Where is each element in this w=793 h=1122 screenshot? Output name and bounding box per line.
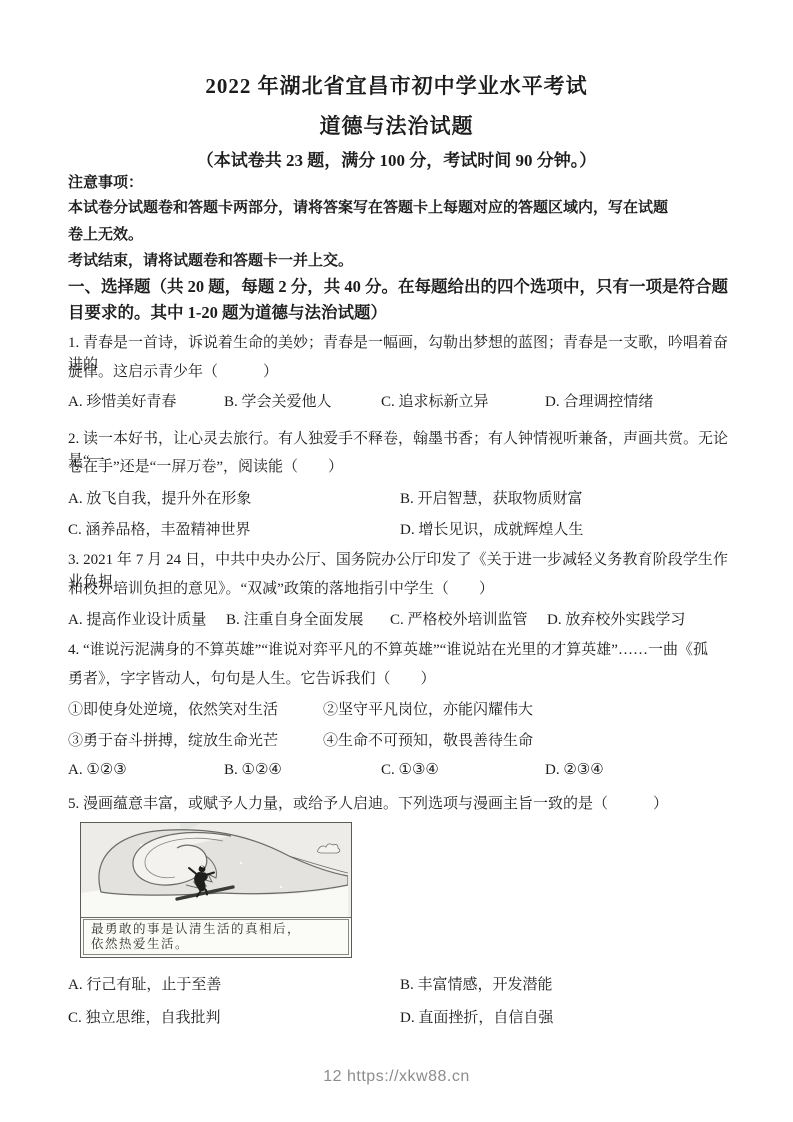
notice-heading: 注意事项： [68,172,728,194]
option-2a: A. 放飞自我，提升外在形象 [68,487,400,508]
question-3-stem-line: 和校外培训负担的意见》。“双减”政策的落地指引中学生（ ） [68,578,728,600]
section-header-line: 目要求的。其中 1-20 题为道德与法治试题） [68,302,728,324]
question-5-stem: 5. 漫画蕴意丰富，或赋予人力量，或给予人启迪。下列选项与漫画主旨一致的是（ ） [68,793,728,815]
page-title: 2022 年湖北省宜昌市初中学业水平考试 [0,70,793,100]
cartoon-caption-line2: 依然热爱生活。 [91,937,341,952]
section-header-line: 一、选择题（共 20 题，每题 2 分，共 40 分。在每题给出的四个选项中，只… [68,276,728,298]
option-2d: D. 增长见识，成就辉煌人生 [400,518,728,539]
question-2-stem-line: 卷在手”还是“一屏万卷”，阅读能（ ） [68,456,728,478]
question-4-options: A. ①②③ B. ①②④ C. ①③④ D. ②③④ [68,760,728,779]
question-3-options: A. 提高作业设计质量 B. 注重自身全面发展 C. 严格校外培训监管 D. 放… [68,608,728,629]
surfer-wave-illustration [81,823,348,917]
option-3d: D. 放弃校外实践学习 [547,608,728,629]
option-2b: B. 开启智慧，获取物质财富 [400,487,728,508]
subitem-4: ④生命不可预知，敬畏善待生命 [323,729,728,750]
option-5a: A. 行己有耻，止于至善 [68,973,400,994]
question-1-options: A. 珍惜美好青春 B. 学会关爱他人 C. 追求标新立异 D. 合理调控情绪 [68,390,728,411]
cartoon-caption: 最勇敢的事是认清生活的真相后， 依然热爱生活。 [81,917,351,957]
notice-paragraph-line: 考试结束，请将试题卷和答题卡一并上交。 [68,250,728,272]
option-3c: C. 严格校外培训监管 [390,608,547,629]
option-4b: B. ①②④ [224,760,381,779]
question-5-cartoon: 最勇敢的事是认清生活的真相后， 依然热爱生活。 [80,822,352,958]
option-1c: C. 追求标新立异 [381,390,545,411]
question-5-options-row1: A. 行己有耻，止于至善 B. 丰富情感，开发潜能 [68,973,728,994]
question-5-options-row2: C. 独立思维，自我批判 D. 直面挫折，自信自强 [68,1006,728,1027]
option-4d: D. ②③④ [545,760,728,779]
question-2-options-row2: C. 涵养品格，丰盈精神世界 D. 增长见识，成就辉煌人生 [68,518,728,539]
question-4-subitems-row2: ③勇于奋斗拼搏，绽放生命光芒 ④生命不可预知，敬畏善待生命 [68,729,728,750]
subitem-1: ①即使身处逆境，依然笑对生活 [68,698,323,719]
option-5b: B. 丰富情感，开发潜能 [400,973,728,994]
notice-paragraph-line: 卷上无效。 [68,224,728,246]
exam-info: （本试卷共 23 题，满分 100 分，考试时间 90 分钟。） [0,146,793,171]
option-2c: C. 涵养品格，丰盈精神世界 [68,518,400,539]
option-1a: A. 珍惜美好青春 [68,390,224,411]
question-4-stem-line: 勇者》，字字皆动人，句句是人生。它告诉我们（ ） [68,668,728,690]
option-4a: A. ①②③ [68,760,224,779]
option-3b: B. 注重自身全面发展 [226,608,390,629]
option-4c: C. ①③④ [381,760,545,779]
question-4-stem-line: 4. “谁说污泥满身的不算英雄”“谁说对弈平凡的不算英雄”“谁说站在光里的才算英… [68,639,728,661]
option-1b: B. 学会关爱他人 [224,390,381,411]
question-4-subitems-row1: ①即使身处逆境，依然笑对生活 ②坚守平凡岗位，亦能闪耀伟大 [68,698,728,719]
notice-paragraph-line: 本试卷分试题卷和答题卡两部分，请将答案写在答题卡上每题对应的答题区域内，写在试题 [68,197,728,219]
option-3a: A. 提高作业设计质量 [68,608,226,629]
option-1d: D. 合理调控情绪 [545,390,728,411]
question-1-stem-line: 旋律。这启示青少年（ ） [68,361,728,383]
subitem-2: ②坚守平凡岗位，亦能闪耀伟大 [323,698,728,719]
option-5c: C. 独立思维，自我批判 [68,1006,400,1027]
page-footer-url: 12 https://xkw88.cn [0,1068,793,1086]
question-2-options-row1: A. 放飞自我，提升外在形象 B. 开启智慧，获取物质财富 [68,487,728,508]
option-5d: D. 直面挫折，自信自强 [400,1006,728,1027]
exam-paper-page: 2022 年湖北省宜昌市初中学业水平考试 道德与法治试题 （本试卷共 23 题，… [0,0,793,1122]
cartoon-caption-line1: 最勇敢的事是认清生活的真相后， [91,922,341,937]
subitem-3: ③勇于奋斗拼搏，绽放生命光芒 [68,729,323,750]
paper-subject-title: 道德与法治试题 [0,110,793,140]
